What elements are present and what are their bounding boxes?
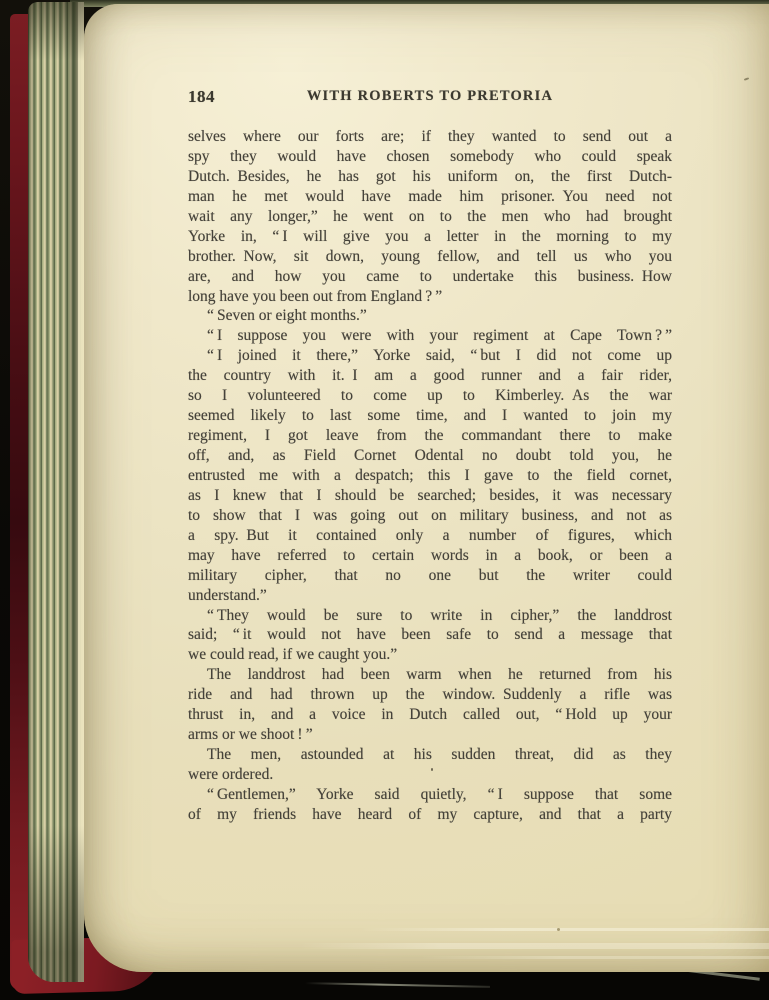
text-line: The landdrost had been warm when he retu… [188, 665, 672, 685]
text-line: “ Seven or eight months.” [188, 306, 672, 326]
text-line: thrust in, and a voice in Dutch called o… [188, 705, 672, 725]
text-line: “ They would be sure to write in cipher,… [188, 606, 672, 626]
text-line: as I knew that I should be searched; bes… [188, 486, 672, 506]
text-line: were ordered. [188, 765, 672, 785]
text-line: said; “ it would not have been safe to s… [188, 625, 672, 645]
text-line: Yorke in, “ I will give you a letter in … [188, 227, 672, 247]
paper-speck [431, 768, 433, 771]
text-line: “ I suppose you were with your regiment … [188, 326, 672, 346]
paper-speck [557, 928, 560, 931]
text-line: entrusted me with a despatch; this I gav… [188, 466, 672, 486]
text-line: “ Gentlemen,” Yorke said quietly, “ I su… [188, 785, 672, 805]
text-line: man he met would have made him prisoner.… [188, 187, 672, 207]
text-line: “ I joined it there,” Yorke said, “ but … [188, 346, 672, 366]
text-line: understand.” [188, 586, 672, 606]
book-page: 184 WITH ROBERTS TO PRETORIA selves wher… [84, 4, 769, 972]
page-number: 184 [188, 87, 215, 107]
scanned-book-photo: 184 WITH ROBERTS TO PRETORIA selves wher… [0, 0, 769, 1000]
page-header: 184 WITH ROBERTS TO PRETORIA [188, 87, 672, 107]
scan-streak [360, 928, 769, 931]
text-line: Dutch. Besides, he has got his uniform o… [188, 167, 672, 187]
text-line: The men, astounded at his sudden threat,… [188, 745, 672, 765]
text-line: spy they would have chosen somebody who … [188, 147, 672, 167]
running-title: WITH ROBERTS TO PRETORIA [188, 87, 672, 105]
text-line: regiment, I got leave from the commandan… [188, 426, 672, 446]
text-line: wait any longer,” he went on to the men … [188, 207, 672, 227]
lower-page-edge-line [305, 982, 490, 988]
text-line: so I volunteered to come up to Kimberley… [188, 386, 672, 406]
scan-streak [420, 956, 769, 959]
text-line: the country with it. I am a good runner … [188, 366, 672, 386]
page-edges-stack [28, 2, 84, 982]
text-line: military cipher, that no one but the wri… [188, 566, 672, 586]
text-line: are, and how you came to undertake this … [188, 267, 672, 287]
scan-streak [300, 943, 769, 949]
text-line: seemed likely to last some time, and I w… [188, 406, 672, 426]
text-line: off, and, as Field Cornet Odental no dou… [188, 446, 672, 466]
text-line: we could read, if we caught you.” [188, 645, 672, 665]
text-line: ride and had thrown up the window. Sudde… [188, 685, 672, 705]
text-line: selves where our forts are; if they want… [188, 127, 672, 147]
text-line: may have referred to certain words in a … [188, 546, 672, 566]
text-line: long have you been out from England ? ” [188, 287, 672, 307]
text-line: a spy. But it contained only a number of… [188, 526, 672, 546]
text-line: to show that I was going out on military… [188, 506, 672, 526]
text-body: selves where our forts are; if they want… [188, 127, 672, 825]
text-line: brother. Now, sit down, young fellow, an… [188, 247, 672, 267]
text-line: of my friends have heard of my capture, … [188, 805, 672, 825]
text-line: arms or we shoot ! ” [188, 725, 672, 745]
paper-speck [744, 77, 749, 80]
